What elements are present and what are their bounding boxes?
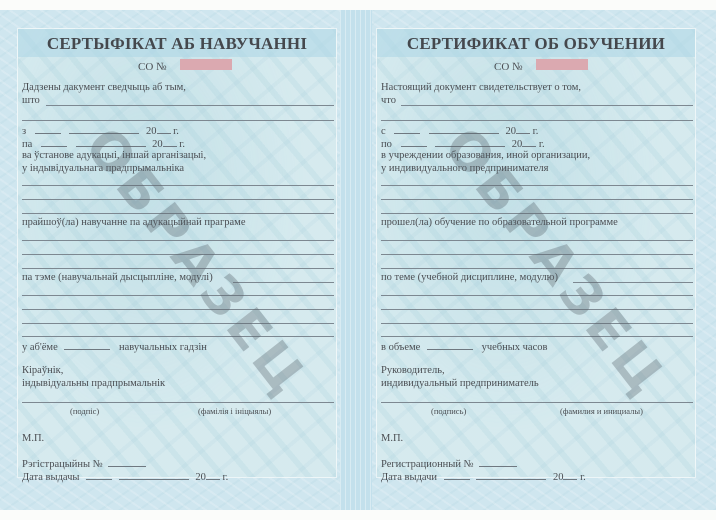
from-month-blank — [69, 124, 139, 134]
who-label: што — [22, 95, 40, 106]
topic-line-2 — [381, 295, 693, 296]
issue-month-blank — [476, 470, 546, 480]
institution-line-3 — [22, 213, 334, 214]
name-line — [46, 105, 334, 106]
volume-row: в объеме учебных часов — [381, 340, 547, 353]
date-to-row: па 20 г. — [22, 137, 185, 150]
year-prefix: 20 — [506, 126, 517, 137]
page-title: СЕРТЫФІКАТ АБ НАВУЧАННІ — [18, 34, 336, 54]
head-title-2: индивидуальный предприниматель — [381, 378, 539, 389]
year-suffix: г. — [173, 126, 179, 137]
year-prefix: 20 — [512, 139, 523, 150]
year-prefix: 20 — [146, 126, 157, 137]
hours-blank — [64, 340, 110, 350]
year-suffix: г. — [222, 472, 228, 483]
institution-line-3 — [381, 213, 693, 214]
to-year-blank — [522, 137, 536, 147]
certificate-number-label: СО № — [494, 61, 523, 73]
issue-year-blank — [206, 470, 220, 480]
volume-prefix: у аб'ёме — [22, 342, 58, 353]
topic-line-5 — [381, 336, 693, 337]
name-line-2 — [381, 120, 693, 121]
year-prefix: 20 — [195, 472, 206, 483]
signature-caption: (подпись) — [431, 406, 466, 416]
intro-text: Настоящий документ свидетельствует о том… — [381, 82, 581, 93]
year-prefix: 20 — [152, 139, 163, 150]
year-suffix: г. — [580, 472, 586, 483]
name-line — [401, 105, 693, 106]
intro-text: Дадзены дакумент сведчыць аб тым, — [22, 82, 186, 93]
program-line-2 — [381, 254, 693, 255]
year-suffix: г. — [533, 126, 539, 137]
institution-line-2 — [22, 199, 334, 200]
to-year-blank — [163, 137, 177, 147]
institution-line-2 — [381, 199, 693, 200]
to-month-blank — [76, 137, 146, 147]
reg-number-blank — [108, 457, 146, 467]
signature-line — [22, 402, 334, 403]
seal-label: М.П. — [381, 433, 403, 444]
volume-prefix: в объеме — [381, 342, 420, 353]
reg-number-blank — [479, 457, 517, 467]
from-label: с — [381, 126, 386, 137]
to-day-blank — [41, 137, 67, 147]
spine-fold — [340, 10, 372, 510]
to-day-blank — [401, 137, 427, 147]
signature-line — [381, 402, 693, 403]
institution-line-1 — [381, 185, 693, 186]
issue-date-row: Дата выдачи 20 г. — [381, 470, 586, 483]
topic-label: па тэме (навучальнай дысцыпліне, модулі) — [22, 272, 213, 283]
volume-row: у аб'ёме навучальных гадзін — [22, 340, 207, 353]
who-label: что — [381, 95, 396, 106]
certificate-number-label: СО № — [138, 61, 167, 73]
page-title: СЕРТИФИКАТ ОБ ОБУЧЕНИИ — [377, 34, 695, 54]
right-page-russian: СЕРТИФИКАТ ОБ ОБУЧЕНИИ СО № Настоящий до… — [376, 28, 696, 478]
program-line-1 — [22, 240, 334, 241]
program-label: прошел(ла) обучение по образовательной п… — [381, 217, 618, 228]
head-title-1: Кіраўнік, — [22, 365, 63, 376]
from-label: з — [22, 126, 26, 137]
program-line-3 — [22, 268, 334, 269]
program-line-1 — [381, 240, 693, 241]
issue-date-label: Дата выдачы — [22, 472, 79, 483]
topic-line-3 — [381, 309, 693, 310]
from-year-blank — [157, 124, 171, 134]
redacted-number — [180, 59, 232, 70]
institution-line-1 — [22, 185, 334, 186]
signature-caption: (подпіс) — [70, 406, 99, 416]
topic-line-1 — [573, 282, 693, 283]
volume-suffix: учебных часов — [482, 342, 548, 353]
topic-line-1 — [233, 282, 334, 283]
date-from-row: с 20 г. — [381, 124, 538, 137]
name-line-2 — [22, 120, 334, 121]
redacted-number — [536, 59, 588, 70]
institution-text-2: у индивидуального предпринимателя — [381, 163, 548, 174]
to-label: по — [381, 139, 392, 150]
date-from-row: з 20 г. — [22, 124, 179, 137]
institution-text-1: в учреждении образования, иной организац… — [381, 150, 590, 161]
issue-day-blank — [444, 470, 470, 480]
from-month-blank — [429, 124, 499, 134]
year-prefix: 20 — [553, 472, 564, 483]
institution-text-2: у індывідуальнага прадпрымальніка — [22, 163, 184, 174]
to-label: па — [22, 139, 32, 150]
date-to-row: по 20 г. — [381, 137, 545, 150]
issue-date-label: Дата выдачи — [381, 472, 437, 483]
reg-number-row: Регистрационный № — [381, 457, 517, 470]
topic-line-2 — [22, 295, 334, 296]
hours-blank — [427, 340, 473, 350]
issue-year-blank — [563, 470, 577, 480]
topic-line-4 — [381, 323, 693, 324]
from-day-blank — [394, 124, 420, 134]
volume-suffix: навучальных гадзін — [119, 342, 207, 353]
name-caption: (фамілія і ініцыялы) — [198, 406, 271, 416]
year-suffix: г. — [539, 139, 545, 150]
topic-line-4 — [22, 323, 334, 324]
topic-line-3 — [22, 309, 334, 310]
institution-text-1: ва ўстанове адукацыі, іншай арганізацыі, — [22, 150, 206, 161]
from-day-blank — [35, 124, 61, 134]
name-caption: (фамилия и инициалы) — [560, 406, 643, 416]
reg-number-label: Регистрационный № — [381, 459, 474, 470]
year-suffix: г. — [179, 139, 185, 150]
reg-number-label: Рэгістрацыйны № — [22, 459, 103, 470]
topic-label: по теме (учебной дисциплине, модулю) — [381, 272, 558, 283]
issue-date-row: Дата выдачы 20 г. — [22, 470, 228, 483]
issue-month-blank — [119, 470, 189, 480]
topic-line-5 — [22, 336, 334, 337]
to-month-blank — [435, 137, 505, 147]
program-line-2 — [22, 254, 334, 255]
seal-label: М.П. — [22, 433, 44, 444]
from-year-blank — [516, 124, 530, 134]
issue-day-blank — [86, 470, 112, 480]
head-title-2: індывідуальны прадпрымальнік — [22, 378, 165, 389]
left-page-belarusian: СЕРТЫФІКАТ АБ НАВУЧАННІ СО № Дадзены дак… — [17, 28, 337, 478]
head-title-1: Руководитель, — [381, 365, 445, 376]
reg-number-row: Рэгістрацыйны № — [22, 457, 146, 470]
program-label: прайшоў(ла) навучанне па адукацыйнай пра… — [22, 217, 245, 228]
program-line-3 — [381, 268, 693, 269]
